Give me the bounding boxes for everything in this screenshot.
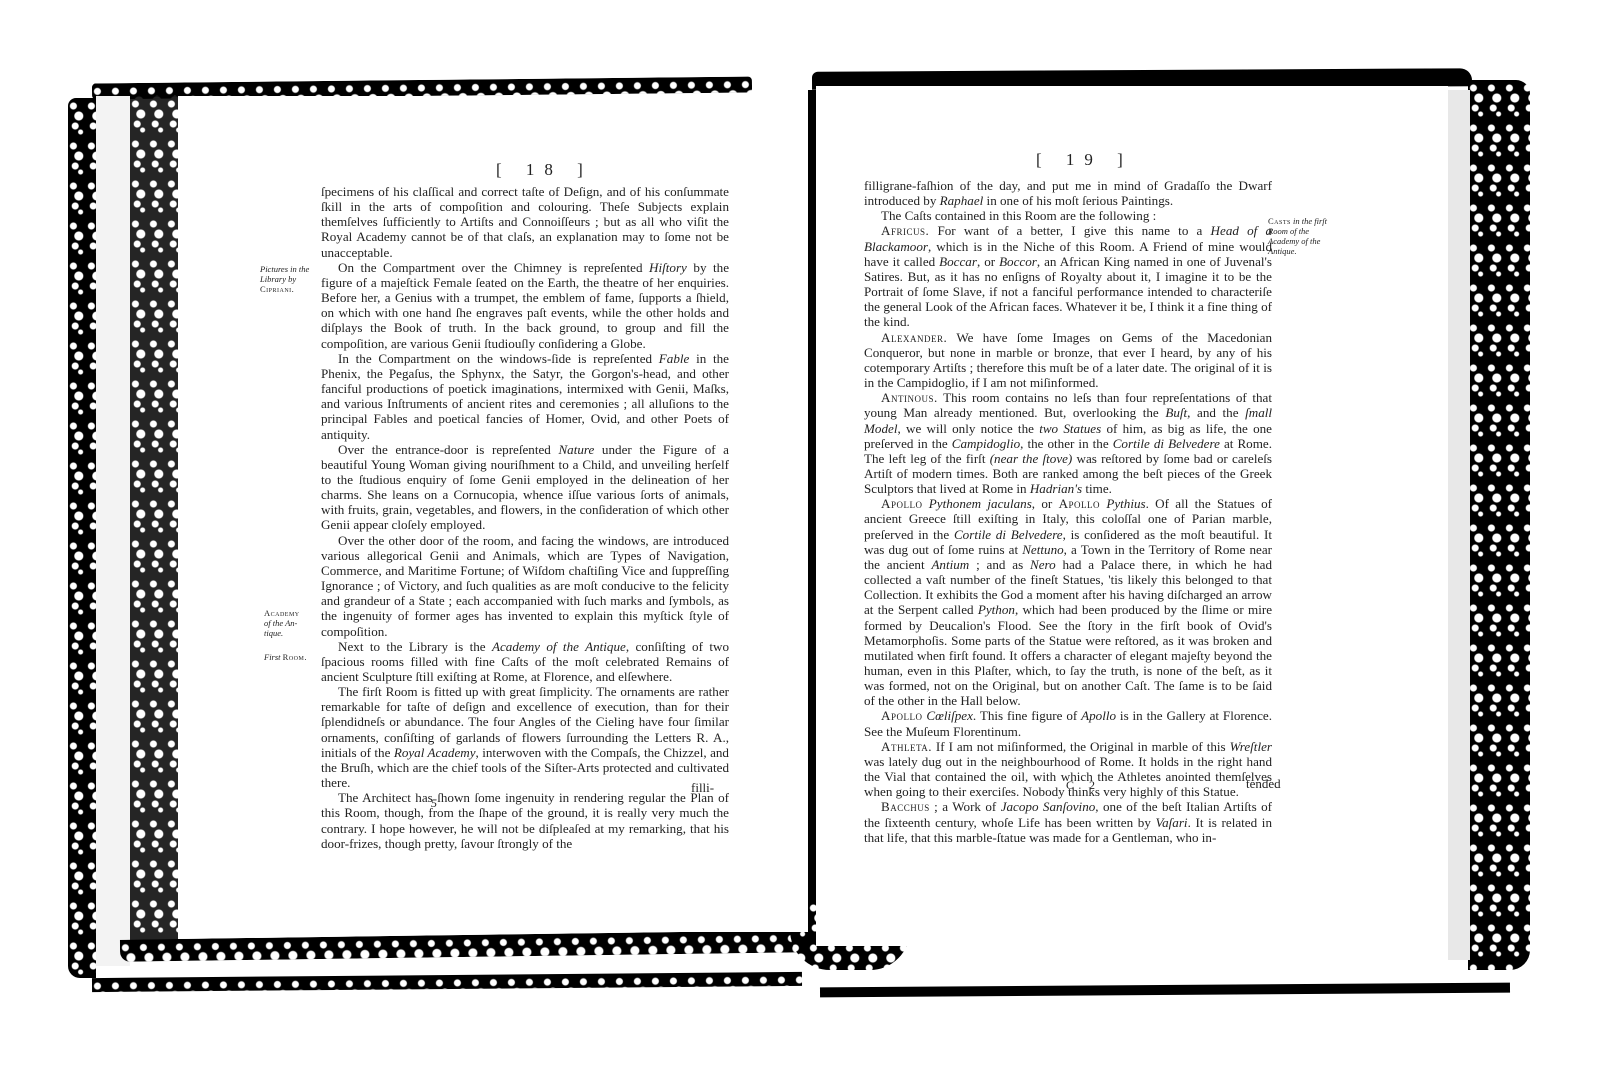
left-page-shadow	[130, 96, 178, 956]
signature-mark: 5	[431, 796, 443, 811]
entry-africus: Africus. For want of a better, I give th…	[864, 223, 1272, 329]
paragraph: Over the entrance-door is repreſented Na…	[321, 442, 729, 533]
paragraph: Next to the Library is the Academy of th…	[321, 639, 729, 684]
paragraph: The Caſts contained in this Room are the…	[864, 208, 1272, 223]
entry-bacchus: Bacchus ; a Work of Jacopo Sanſovino, on…	[864, 799, 1272, 844]
margin-note-academy: Academy of the An- tique.	[264, 608, 320, 638]
entry-alexander: Alexander. We have ſome Images on Gems o…	[864, 330, 1272, 391]
catchword: tended	[1246, 776, 1281, 792]
paragraph: The Architect has ſhown ſome ingenuity i…	[321, 790, 729, 851]
signature-mark: C 2	[1066, 778, 1101, 793]
paragraph: In the Compartment on the windows-ſide i…	[321, 351, 729, 442]
right-cover-bottom-edge	[820, 983, 1510, 998]
left-page-stack-edge	[96, 96, 130, 966]
margin-note-casts: Casts in the firſt Room of the Academy o…	[1268, 216, 1328, 256]
right-page-stack-edge	[1448, 90, 1470, 960]
paragraph: The firſt Room is fitted up with great ſ…	[321, 684, 729, 790]
entry-apollo-caelispex: Apollo Cœliſpex. This fine figure of Apo…	[864, 708, 1272, 738]
left-page-bottom-edge	[120, 930, 810, 962]
page-number: [ 18 ]	[496, 160, 593, 180]
left-cover-edge	[68, 98, 96, 978]
left-cover-bottom-edge	[92, 972, 802, 992]
entry-antinous: Antinous. This room contains no leſs tha…	[864, 390, 1272, 496]
body-text: ſpecimens of his claſſical and correct t…	[321, 184, 729, 851]
body-text: filligrane-faſhion of the day, and put m…	[864, 178, 1272, 845]
page-number: [ 19 ]	[1036, 150, 1133, 170]
paragraph: filligrane-faſhion of the day, and put m…	[864, 178, 1272, 208]
book-gutter	[808, 90, 816, 910]
right-page: [ 19 ] Casts in the firſt Room of the Ac…	[816, 86, 1448, 946]
paragraph: ſpecimens of his claſſical and correct t…	[321, 184, 729, 260]
margin-note-first-room: First Room.	[264, 652, 324, 662]
paragraph: Over the other door of the room, and fac…	[321, 533, 729, 639]
entry-apollo-pythius: Apollo Pythonem jaculans, or Apollo Pyth…	[864, 496, 1272, 708]
left-page: [ 18 ] Pictures in the Library by Cipria…	[178, 96, 808, 932]
margin-note-cipriani: Pictures in the Library by Cipriani.	[260, 264, 320, 294]
catchword: filli-	[691, 780, 714, 796]
paragraph: On the Compartment over the Chimney is r…	[321, 260, 729, 351]
right-cover-edge	[1468, 80, 1530, 970]
